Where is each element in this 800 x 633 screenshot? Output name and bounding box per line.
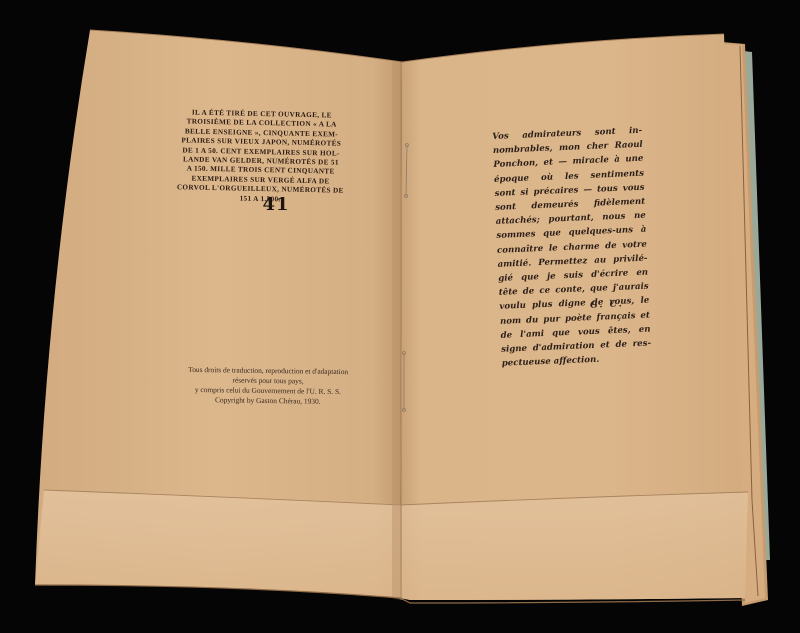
copy-number: 41: [246, 194, 306, 215]
rights-line: Copyright by Gaston Chérau, 1930.: [158, 394, 378, 407]
rights-notice: Tous droits de traduction, reproduction …: [158, 364, 379, 407]
signature-initials: G. C.: [590, 299, 624, 310]
dedication: Vos admirateurs sont in- nombrables, mon…: [492, 124, 652, 372]
photo-scene: IL A ÉTÉ TIRÉ DE CET OUVRAGE, LE TROISIÈ…: [0, 0, 800, 633]
limitation-colophon: IL A ÉTÉ TIRÉ DE CET OUVRAGE, LE TROISIÈ…: [164, 108, 358, 206]
